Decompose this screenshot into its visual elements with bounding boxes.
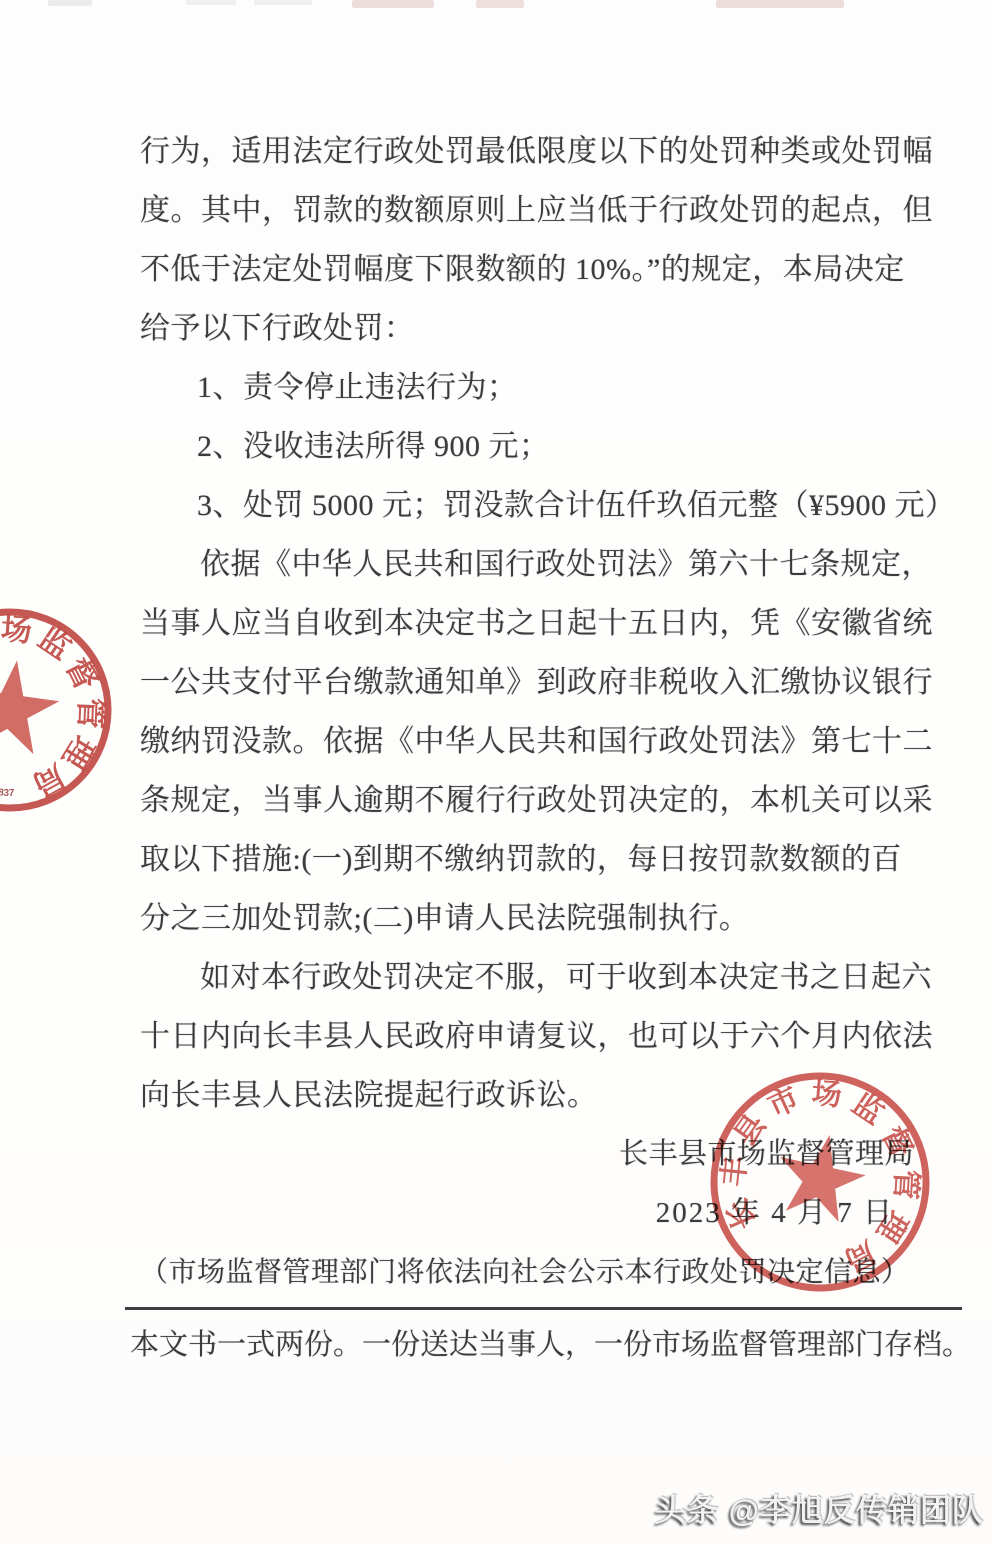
watermark-text: 头条 @李旭反传销团队 [655,1485,984,1530]
paragraph-line: 不低于法定处罚幅度下限数额的 10%。”的规定，本局决定 [140,240,938,299]
seal-star-icon [0,654,64,757]
paragraph-continuation: 行为，适用法定行政处罚最低限度以下的处罚种类或处罚幅度。其中，罚款的数额原则上应… [140,122,938,358]
issuer-signature: 长丰县市场监督管理局 [140,1125,938,1184]
paragraph-line: 缴纳罚没款。依据《中华人民共和国行政处罚法》第七十二 [140,712,938,771]
penalty-item: 2、没收违法所得 900 元； [140,417,938,476]
seal-serial: 0136837 [0,782,15,799]
paragraph-line: 给予以下行政处罚： [140,299,938,358]
official-seal-left: 长丰县市场监督管理局 0136837 [0,580,140,840]
paragraph-line: 行为，适用法定行政处罚最低限度以下的处罚种类或处罚幅 [140,122,938,181]
scan-artifact [716,0,844,8]
seal-ring-text: 长丰县市场监督管理局 [0,611,109,803]
copies-note: 本文书一式两份。一份送达当事人，一份市场监督管理部门存档。 [130,1316,970,1375]
paragraph-line: 分之三加处罚款;(二)申请人民法院强制执行。 [140,889,938,948]
payment-paragraph: 依据《中华人民共和国行政处罚法》第六十七条规定，当事人应当自收到本决定书之日起十… [140,535,938,948]
paragraph-line: 一公共支付平台缴款通知单》到政府非税收入汇缴协议银行 [140,653,938,712]
paragraph-line: 条规定，当事人逾期不履行行政处罚决定的，本机关可以采 [140,771,938,830]
paragraph-line: 向长丰县人民法院提起行政诉讼。 [140,1066,938,1125]
disclosure-note: （市场监督管理部门将依法向社会公示本行政处罚决定信息） [140,1243,938,1302]
appeal-paragraph: 如对本行政处罚决定不服，可于收到本决定书之日起六十日内向长丰县人民政府申请复议，… [140,948,938,1125]
scan-artifact [254,0,312,5]
paragraph-line: 度。其中，罚款的数额原则上应当低于行政处罚的起点，但 [140,181,938,240]
scan-artifact [186,0,236,5]
scan-artifact [48,0,92,6]
paragraph-line: 依据《中华人民共和国行政处罚法》第六十七条规定， [140,535,938,594]
decision-body-text: 行为，适用法定行政处罚最低限度以下的处罚种类或处罚幅度。其中，罚款的数额原则上应… [140,122,938,1302]
paragraph-line: 如对本行政处罚决定不服，可于收到本决定书之日起六 [140,948,938,1007]
paragraph-line: 十日内向长丰县人民政府申请复议，也可以于六个月内依法 [140,1007,938,1066]
decision-date: 2023 年 4 月 7 日 [140,1184,938,1243]
penalty-item: 1、责令停止违法行为； [140,358,938,417]
scan-artifact [352,0,434,8]
svg-text:长丰县市场监督管理局: 长丰县市场监督管理局 [0,611,109,803]
scan-artifact [476,0,524,8]
footer-divider [125,1307,962,1310]
penalty-items-list: 1、责令停止违法行为；2、没收违法所得 900 元；3、处罚 5000 元；罚没… [140,358,938,535]
paragraph-line: 取以下措施:(一)到期不缴纳罚款的，每日按罚款数额的百 [140,830,938,889]
svg-text:0136837: 0136837 [0,782,15,799]
paragraph-line: 当事人应当自收到本决定书之日起十五日内，凭《安徽省统 [140,594,938,653]
document-page: 行为，适用法定行政处罚最低限度以下的处罚种类或处罚幅度。其中，罚款的数额原则上应… [0,0,992,1544]
penalty-item: 3、处罚 5000 元；罚没款合计伍仟玖佰元整（¥5900 元） [140,476,938,535]
